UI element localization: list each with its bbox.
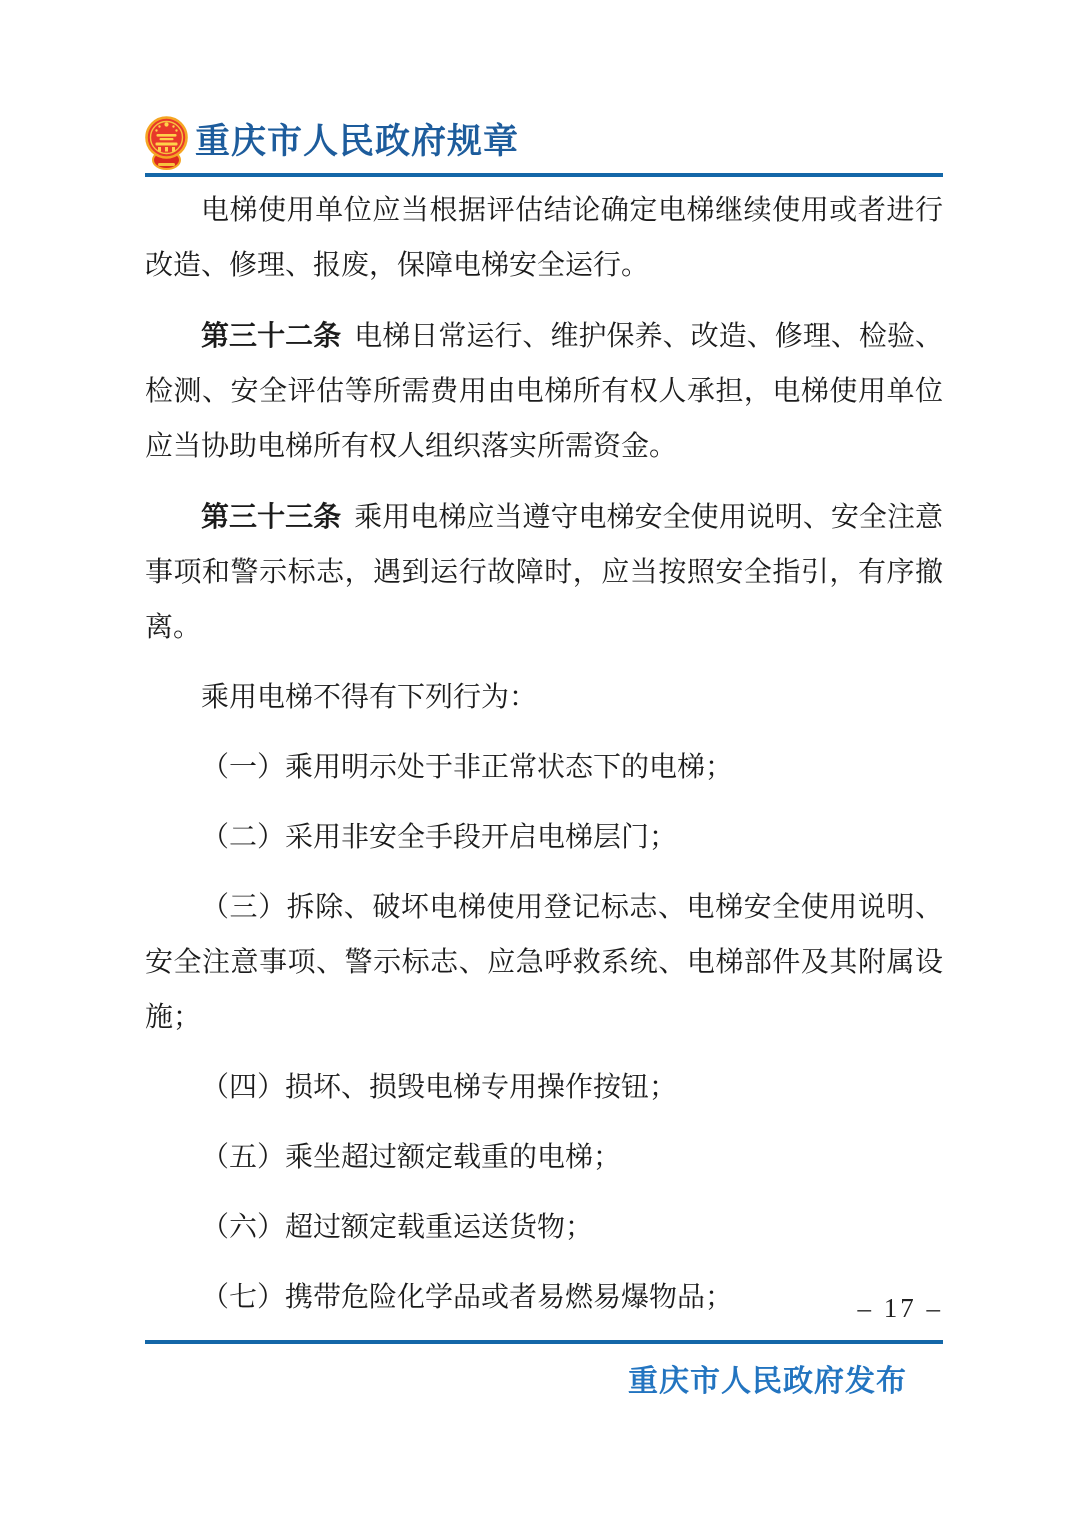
page-number: – 17 – [145,1292,943,1324]
prohibited-item-2: （二）采用非安全手段开启电梯层门； [145,810,943,865]
prohibited-item-4: （四）损坏、损毁电梯专用操作按钮； [145,1060,943,1115]
paragraph-evaluation-result: 电梯使用单位应当根据评估结论确定电梯继续使用或者进行改造、修理、报废，保障电梯安… [145,183,943,293]
article-32-label: 第三十二条 [201,320,341,351]
publisher-line: 重庆市人民政府发布 [145,1360,943,1404]
document-body: 电梯使用单位应当根据评估结论确定电梯继续使用或者进行改造、修理、报废，保障电梯安… [145,183,943,1340]
document-page: 重庆市人民政府规章 电梯使用单位应当根据评估结论确定电梯继续使用或者进行改造、修… [0,0,1074,1520]
article-33-label: 第三十三条 [201,501,341,532]
footer-divider [145,1340,943,1344]
paragraph-prohibited-intro: 乘用电梯不得有下列行为： [145,670,943,725]
prohibited-item-1: （一）乘用明示处于非正常状态下的电梯； [145,740,943,795]
prohibited-item-5: （五）乘坐超过额定载重的电梯； [145,1130,943,1185]
prohibited-item-3: （三）拆除、破坏电梯使用登记标志、电梯安全使用说明、安全注意事项、警示标志、应急… [145,880,943,1045]
page-title: 重庆市人民政府规章 [195,116,519,168]
national-emblem-icon [145,114,188,170]
paragraph-article-33: 第三十三条乘用电梯应当遵守电梯安全使用说明、安全注意事项和警示标志，遇到运行故障… [145,489,943,655]
page-header: 重庆市人民政府规章 [145,114,943,170]
paragraph-article-32: 第三十二条电梯日常运行、维护保养、改造、修理、检验、检测、安全评估等所需费用由电… [145,308,943,474]
prohibited-item-6: （六）超过额定载重运送货物； [145,1200,943,1255]
header-divider [145,173,943,177]
